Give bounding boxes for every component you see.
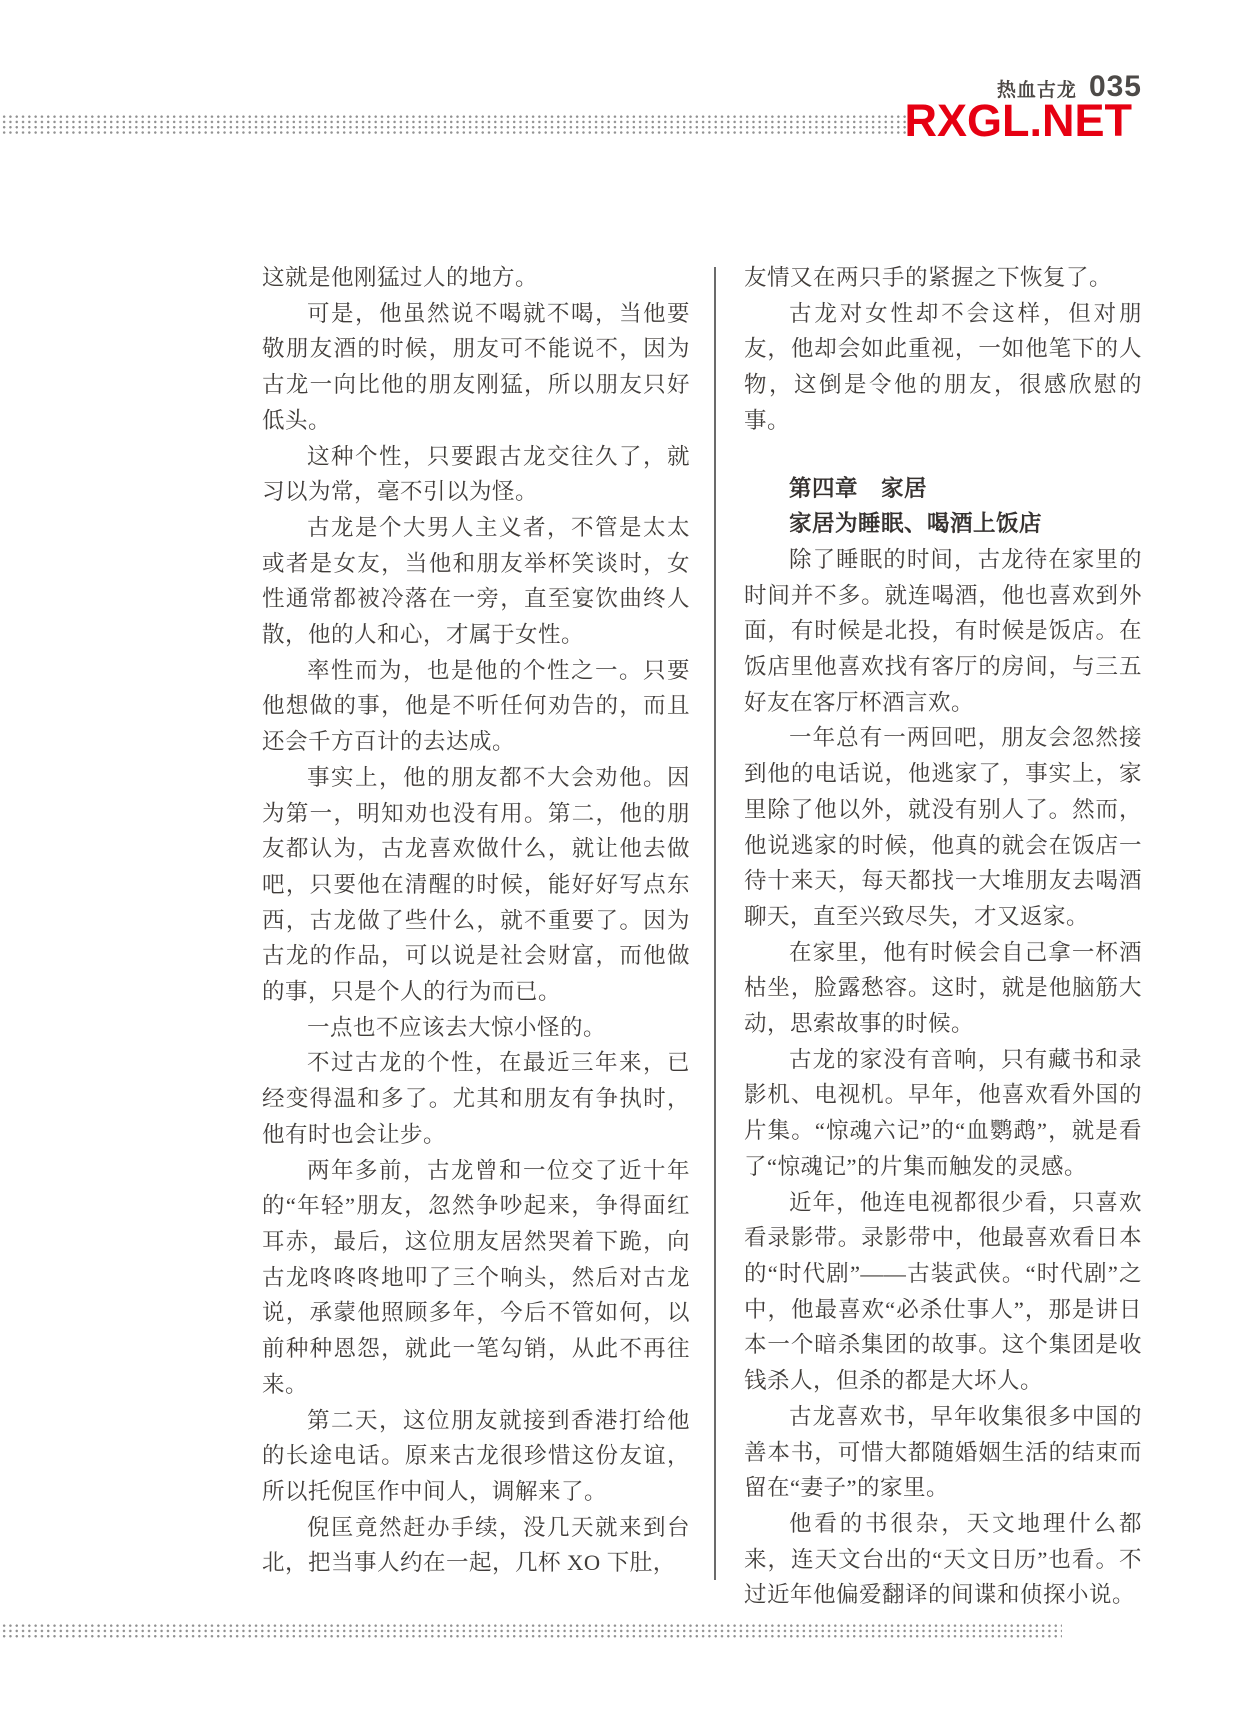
paragraph: 近年，他连电视都很少看，只喜欢看录影带。录影带中，他最喜欢看日本的“时代剧”——… — [744, 1185, 1142, 1399]
site-logo: RXGL.NET — [904, 98, 1132, 143]
paragraph: 率性而为，也是他的个性之一。只要他想做的事，他是不听任何劝告的，而且还会千方百计… — [262, 653, 690, 760]
paragraph: 他看的书很杂，天文地理什么都来，连天文台出的“天文日历”也看。不过近年他偏爱翻译… — [744, 1506, 1142, 1613]
chapter-heading: 第四章 家居 — [744, 471, 1142, 507]
dotted-band-bottom — [0, 1622, 1062, 1638]
paragraph: 不过古龙的个性，在最近三年来，已经变得温和多了。尤其和朋友有争执时，他有时也会让… — [262, 1045, 690, 1152]
paragraph: 除了睡眠的时间，古龙待在家里的时间并不多。就连喝酒，他也喜欢到外面，有时候是北投… — [744, 542, 1142, 721]
paragraph: 可是，他虽然说不喝就不喝，当他要敬朋友酒的时候，朋友可不能说不，因为古龙一向比他… — [262, 296, 690, 439]
paragraph: 两年多前，古龙曾和一位交了近十年的“年轻”朋友，忽然争吵起来，争得面红耳赤，最后… — [262, 1153, 690, 1403]
paragraph: 这就是他刚猛过人的地方。 — [262, 260, 690, 296]
paragraph: 第二天，这位朋友就接到香港打给他的长途电话。原来古龙很珍惜这份友谊，所以托倪匡作… — [262, 1403, 690, 1510]
paragraph: 一年总有一两回吧，朋友会忽然接到他的电话说，他逃家了，事实上，家里除了他以外，就… — [744, 720, 1142, 934]
dotted-band-top — [0, 113, 908, 134]
paragraph: 这种个性，只要跟古龙交往久了，就习以为常，毫不引以为怪。 — [262, 439, 690, 510]
paragraph: 古龙是个大男人主义者，不管是太太或者是女友，当他和朋友举杯笑谈时，女性通常都被冷… — [262, 510, 690, 653]
chapter-heading: 家居为睡眠、喝酒上饭店 — [744, 506, 1142, 542]
paragraph: 古龙喜欢书，早年收集很多中国的善本书，可惜大都随婚姻生活的结束而留在“妻子”的家… — [744, 1399, 1142, 1506]
column-divider — [714, 267, 716, 1580]
paragraph: 事实上，他的朋友都不大会劝他。因为第一，明知劝也没有用。第二，他的朋友都认为，古… — [262, 760, 690, 1010]
paragraph: 倪匡竟然赶办手续，没几天就来到台北，把当事人约在一起，几杯 XO 下肚， — [262, 1510, 690, 1581]
paragraph: 友情又在两只手的紧握之下恢复了。 — [744, 260, 1142, 296]
paragraph: 古龙的家没有音响，只有藏书和录影机、电视机。早年，他喜欢看外国的片集。“惊魂六记… — [744, 1042, 1142, 1185]
paragraph: 一点也不应该去大惊小怪的。 — [262, 1010, 690, 1046]
paragraph: 古龙对女性却不会这样，但对朋友，他却会如此重视，一如他笔下的人物，这倒是令他的朋… — [744, 296, 1142, 439]
paragraph: 在家里，他有时候会自己拿一杯酒枯坐，脸露愁容。这时，就是他脑筋大动，思索故事的时… — [744, 935, 1142, 1042]
right-column: 友情又在两只手的紧握之下恢复了。古龙对女性却不会这样，但对朋友，他却会如此重视，… — [744, 260, 1142, 1613]
left-column: 这就是他刚猛过人的地方。可是，他虽然说不喝就不喝，当他要敬朋友酒的时候，朋友可不… — [262, 260, 690, 1581]
